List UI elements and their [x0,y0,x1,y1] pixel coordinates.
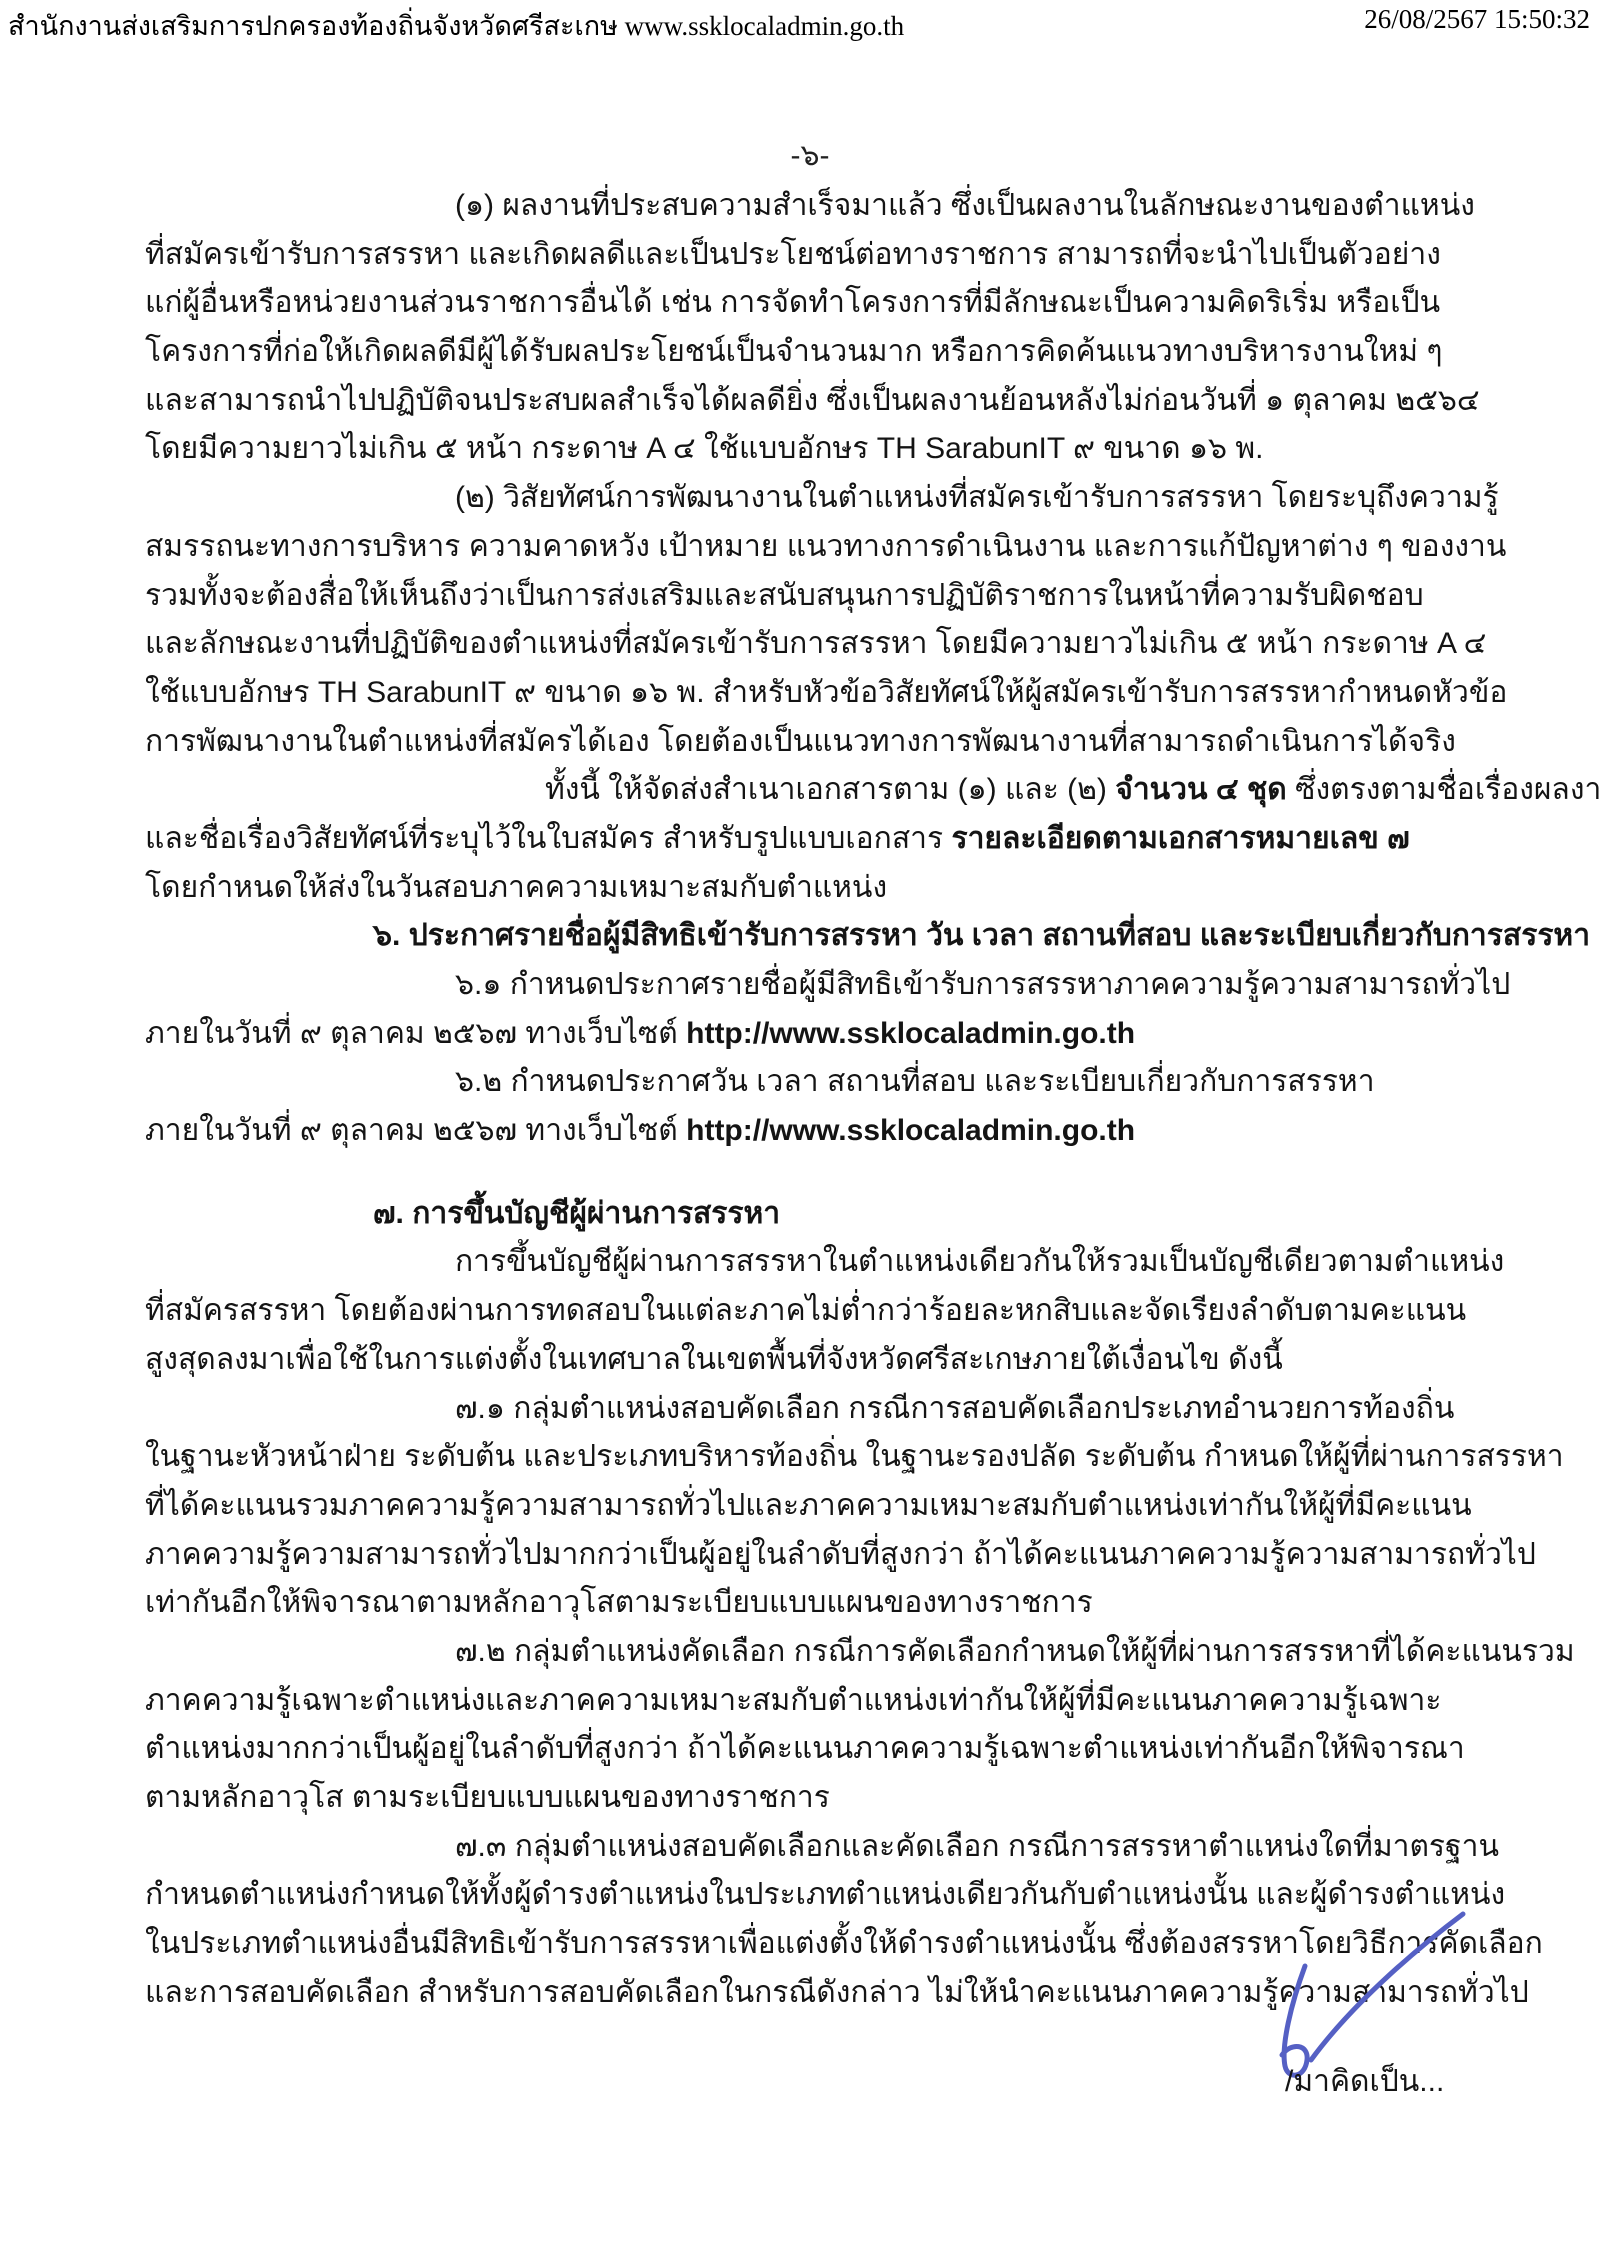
print-header: สำนักงานส่งเสริมการปกครองท้องถิ่นจังหวัด… [0,0,1600,47]
text-line: สมรรถนะทางการบริหาร ความคาดหวัง เป้าหมาย… [145,523,1545,572]
text-line: ตำแหน่งมากกว่าเป็นผู้อยู่ในลำดับที่สูงกว… [145,1725,1545,1774]
text-line: ๗.๑ กลุ่มตำแหน่งสอบคัดเลือก กรณีการสอบคั… [145,1385,1545,1434]
text-line: โดยมีความยาวไม่เกิน ๕ หน้า กระดาษ A ๔ ใช… [145,425,1545,474]
text-line: แก่ผู้อื่นหรือหน่วยงานส่วนราชการอื่นได้ … [145,279,1545,328]
text-line: ในฐานะหัวหน้าฝ่าย ระดับต้น และประเภทบริห… [145,1433,1545,1482]
text-line: ตามหลักอาวุโส ตามระเบียบแบบแผนของทางราชก… [145,1774,1545,1823]
document-page: สำนักงานส่งเสริมการปกครองท้องถิ่นจังหวัด… [0,0,1600,2262]
text-line: ภายในวันที่ ๙ ตุลาคม ๒๕๖๗ ทางเว็บไซต์ ht… [145,1107,1545,1156]
text-line: และลักษณะงานที่ปฏิบัติของตำแหน่งที่สมัคร… [145,620,1545,669]
page-number: -๖- [145,132,1475,179]
text-line: ภาคความรู้ความสามารถทั่วไปมากกว่าเป็นผู้… [145,1531,1545,1580]
continuation-note: /มาคิดเป็น... [1285,2058,1444,2105]
signature-stroke-diagonal [1311,1914,1463,2060]
section-heading: ๗. การขึ้นบัญชีผู้ผ่านการสรรหา [145,1190,1545,1239]
section-heading: ๖. ประกาศรายชื่อผู้มีสิทธิเข้ารับการสรรห… [145,912,1545,961]
text-line: ๗.๓ กลุ่มตำแหน่งสอบคัดเลือกและคัดเลือก ก… [145,1823,1545,1872]
text-line: โดยกำหนดให้ส่งในวันสอบภาคความเหมาะสมกับต… [145,864,1545,913]
text-line: ๖.๒ กำหนดประกาศวัน เวลา สถานที่สอบ และระ… [145,1058,1545,1107]
text-line: (๒) วิสัยทัศน์การพัฒนางานในตำแหน่งที่สมั… [145,474,1545,523]
text-line: ทั้งนี้ ให้จัดส่งสำเนาเอกสารตาม (๑) และ … [145,766,1545,815]
document-body: (๑) ผลงานที่ประสบความสำเร็จมาแล้ว ซึ่งเป… [145,182,1545,2017]
text-line: ๗.๒ กลุ่มตำแหน่งคัดเลือก กรณีการคัดเลือก… [145,1628,1545,1677]
text-line: การขึ้นบัญชีผู้ผ่านการสรรหาในตำแหน่งเดีย… [145,1238,1545,1287]
text-line: เท่ากันอีกให้พิจารณาตามหลักอาวุโสตามระเบ… [145,1579,1545,1628]
text-line: ภาคความรู้เฉพาะตำแหน่งและภาคความเหมาะสมก… [145,1677,1545,1726]
text-line: การพัฒนางานในตำแหน่งที่สมัครได้เอง โดยต้… [145,718,1545,767]
text-line: ที่ได้คะแนนรวมภาคความรู้ความสามารถทั่วไป… [145,1482,1545,1531]
text-line: (๑) ผลงานที่ประสบความสำเร็จมาแล้ว ซึ่งเป… [145,182,1545,231]
text-line: ใช้แบบอักษร TH SarabunIT ๙ ขนาด ๑๖ พ. สำ… [145,669,1545,718]
text-line: สูงสุดลงมาเพื่อใช้ในการแต่งตั้งในเทศบาลใ… [145,1336,1545,1385]
text-line: ที่สมัครเข้ารับการสรรหา และเกิดผลดีและเป… [145,231,1545,280]
text-line: รวมทั้งจะต้องสื่อให้เห็นถึงว่าเป็นการส่ง… [145,572,1545,621]
text-line: ที่สมัครสรรหา โดยต้องผ่านการทดสอบในแต่ละ… [145,1287,1545,1336]
header-source-text: สำนักงานส่งเสริมการปกครองท้องถิ่นจังหวัด… [8,4,904,47]
text-line: ๖.๑ กำหนดประกาศรายชื่อผู้มีสิทธิเข้ารับก… [145,961,1545,1010]
text-line: และสามารถนำไปปฏิบัติจนประสบผลสำเร็จได้ผล… [145,377,1545,426]
text-line: โครงการที่ก่อให้เกิดผลดีมีผู้ได้รับผลประ… [145,328,1545,377]
text-line: ภายในวันที่ ๙ ตุลาคม ๒๕๖๗ ทางเว็บไซต์ ht… [145,1010,1545,1059]
print-timestamp: 26/08/2567 15:50:32 [1364,4,1590,47]
text-line: และชื่อเรื่องวิสัยทัศน์ที่ระบุไว้ในใบสมั… [145,815,1545,864]
